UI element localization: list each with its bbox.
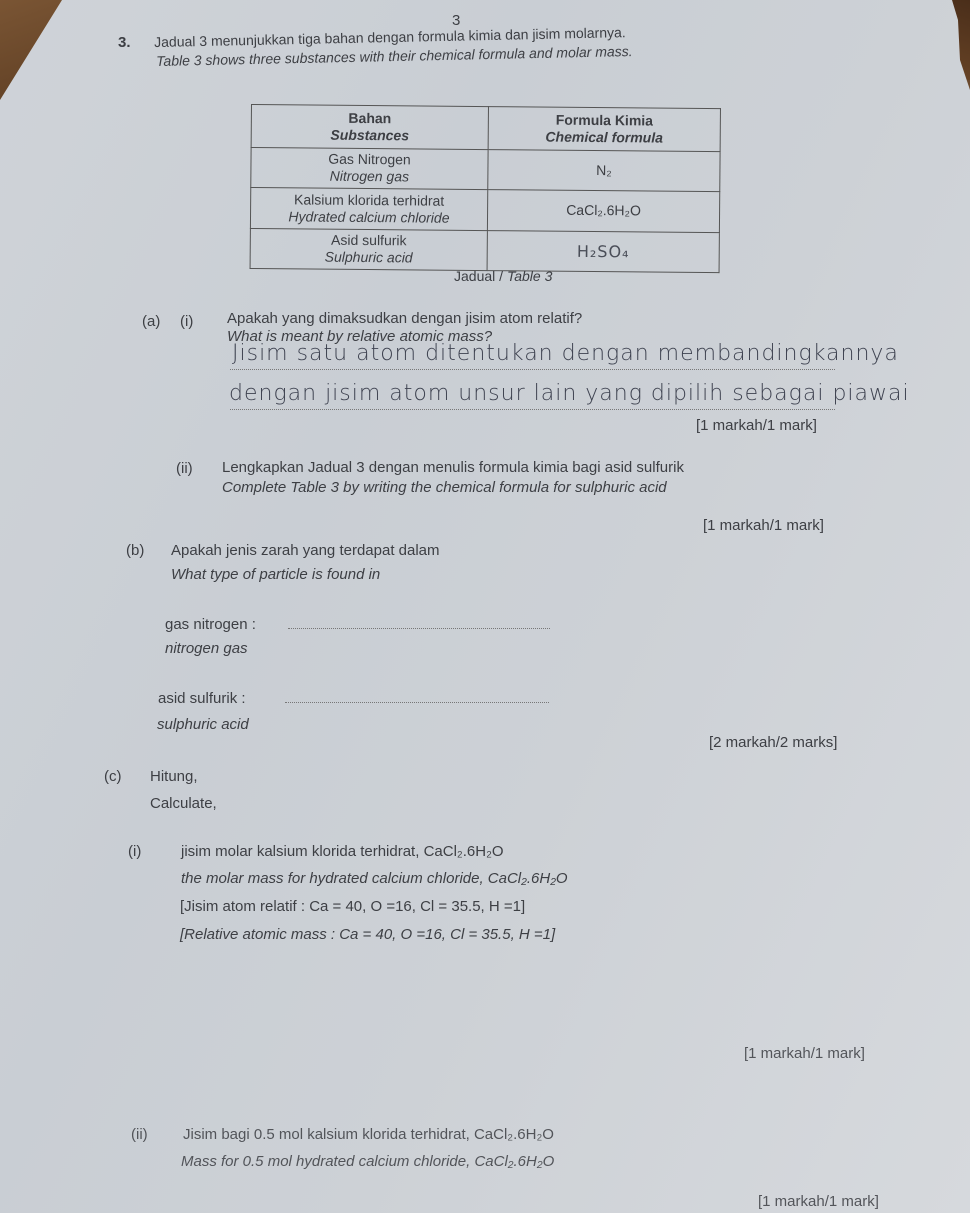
table-caption: Jadual / Table 3	[454, 268, 552, 284]
answer-line-2	[230, 409, 835, 410]
particle-label-nitrogen-en: nitrogen gas	[165, 640, 248, 657]
answer-line-1	[230, 369, 835, 370]
part-b-question-ms: Apakah jenis zarah yang terdapat dalam	[171, 542, 440, 559]
part-c-ii-question-ms: Jisim bagi 0.5 mol kalsium klorida terhi…	[183, 1126, 554, 1143]
marks-c-ii: [1 markah/1 mark]	[758, 1193, 879, 1210]
marks-b: [2 markah/2 marks]	[709, 734, 837, 751]
part-a-i-label: (i)	[180, 313, 193, 330]
part-a-ii-question-en: Complete Table 3 by writing the chemical…	[222, 479, 667, 496]
substance-cell: Asid sulfurik Sulphuric acid	[250, 228, 487, 271]
table-header-row: Bahan Substances Formula Kimia Chemical …	[251, 105, 720, 152]
marks-a-ii: [1 markah/1 mark]	[703, 517, 824, 534]
part-c-i-ram-en: [Relative atomic mass : Ca = 40, O =16, …	[180, 926, 555, 943]
part-c-i-ram-ms: [Jisim atom relatif : Ca = 40, O =16, Cl…	[180, 898, 525, 915]
particle-label-nitrogen-ms: gas nitrogen :	[165, 616, 256, 633]
formula-cell: N₂	[488, 149, 720, 191]
part-c-ii-label: (ii)	[131, 1126, 148, 1143]
worksheet-page: 3 3. Jadual 3 menunjukkan tiga bahan den…	[0, 0, 970, 1213]
part-b-question-en: What type of particle is found in	[171, 566, 380, 583]
part-a-ii-question-ms: Lengkapkan Jadual 3 dengan menulis formu…	[222, 459, 684, 476]
answer-line-1-handwritten[interactable]: Jisim satu atom ditentukan dengan memban…	[232, 341, 899, 366]
marks-c-i: [1 markah/1 mark]	[744, 1045, 865, 1062]
answer-line-2-handwritten[interactable]: dengan jisim atom unsur lain yang dipili…	[229, 381, 910, 406]
part-a-i-question-ms: Apakah yang dimaksudkan dengan jisim ato…	[227, 310, 582, 327]
table-row: Asid sulfurik Sulphuric acid H₂SO₄	[250, 228, 719, 273]
particle-label-sulphuric-ms: asid sulfurik :	[158, 690, 246, 707]
part-c-i-question-en: the molar mass for hydrated calcium chlo…	[181, 870, 568, 887]
part-c-i-label: (i)	[128, 843, 141, 860]
particle-answer-nitrogen[interactable]	[288, 628, 550, 629]
question-number: 3.	[118, 34, 131, 51]
part-c-ii-question-en: Mass for 0.5 mol hydrated calcium chlori…	[181, 1153, 554, 1170]
part-c-i-question-ms: jisim molar kalsium klorida terhidrat, C…	[181, 843, 504, 860]
formula-cell-handwritten[interactable]: H₂SO₄	[487, 230, 719, 272]
part-b-label: (b)	[126, 542, 144, 559]
substance-cell: Gas Nitrogen Nitrogen gas	[251, 147, 488, 189]
substance-cell: Kalsium klorida terhidrat Hydrated calci…	[250, 188, 487, 230]
part-a-label: (a)	[142, 313, 160, 330]
table-row: Kalsium klorida terhidrat Hydrated calci…	[250, 188, 719, 233]
substances-table: Bahan Substances Formula Kimia Chemical …	[250, 104, 721, 273]
part-a-ii-label: (ii)	[176, 460, 193, 477]
part-c-title-en: Calculate,	[150, 795, 217, 812]
page-number: 3	[452, 12, 460, 29]
part-c-label: (c)	[104, 768, 122, 785]
particle-label-sulphuric-en: sulphuric acid	[157, 716, 249, 733]
formula-cell: CaCl₂.6H₂O	[487, 190, 719, 232]
part-c-title-ms: Hitung,	[150, 768, 198, 785]
marks-a-i: [1 markah/1 mark]	[696, 417, 817, 434]
header-chemical-formula: Formula Kimia Chemical formula	[488, 107, 720, 152]
header-substances: Bahan Substances	[251, 105, 488, 150]
particle-answer-sulphuric[interactable]	[285, 702, 549, 703]
table-row: Gas Nitrogen Nitrogen gas N₂	[251, 147, 720, 192]
